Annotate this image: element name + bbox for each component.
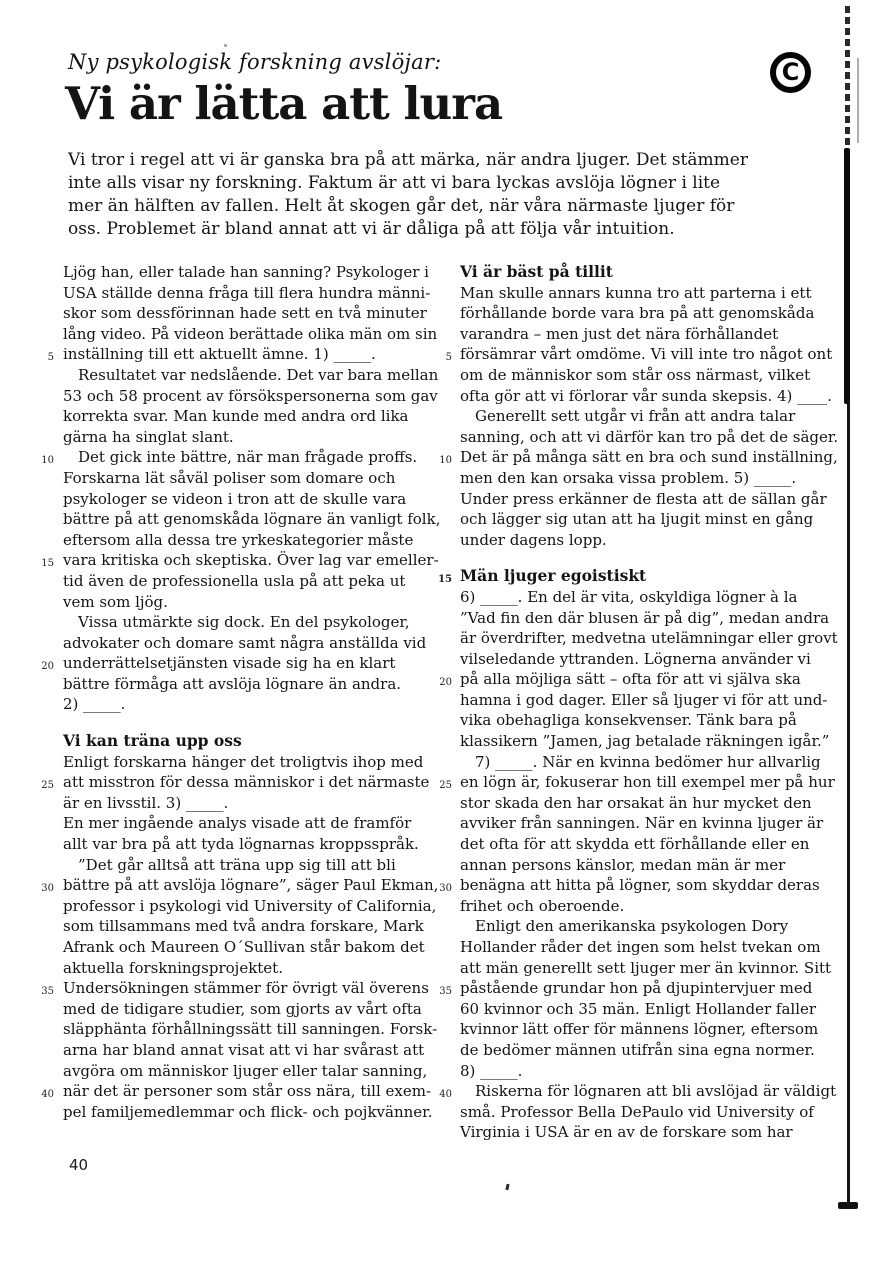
line-text: att misstron för dessa människor i det n… [63,772,429,793]
text-line: Generellt sett utgår vi från att andra t… [432,406,856,427]
line-text: stor skada den har orsakat än hur mycket… [460,793,812,814]
lead-line: mer än hälften av fallen. Helt åt skogen… [68,195,748,218]
scan-artifact-speck [505,1184,509,1190]
line-text: under dagens lopp. [460,530,607,551]
text-line: Ljög han, eller talade han sanning? Psyk… [30,262,442,283]
section-c-label: C [782,60,800,84]
line-text: Vi är bäst på tillit [460,262,613,283]
line-text: vika obehagliga konsekvenser. Tänk bara … [460,710,797,731]
text-line: vika obehagliga konsekvenser. Tänk bara … [432,710,856,731]
line-text: benägna att hitta på lögner, som skyddar… [460,875,820,896]
line-text: 60 kvinnor och 35 män. Enligt Hollander … [460,999,816,1020]
line-text: aktuella forskningsprojektet. [63,958,283,979]
text-line: Hollander råder det ingen som helst tvek… [432,937,856,958]
line-text: vilseledande yttranden. Lögnerna använde… [460,649,811,670]
text-line: 2) _____. [30,694,442,715]
text-line: under dagens lopp. [432,530,856,551]
line-text: USA ställde denna fråga till flera hundr… [63,283,430,304]
line-text: avgöra om människor ljuger eller talar s… [63,1061,427,1082]
line-text: Afrank och Maureen O´Sullivan står bakom… [63,937,425,958]
line-text: ”Vad fin den där blusen är på dig”, meda… [460,608,829,629]
subheading-line: 15Män ljuger egoistiskt [432,566,856,587]
text-line: annan persons känslor, medan män är mer [432,855,856,876]
text-line: ”Vad fin den där blusen är på dig”, meda… [432,608,856,629]
line-text: varandra – men just det nära förhållande… [460,324,778,345]
line-text: Hollander råder det ingen som helst tvek… [460,937,821,958]
line-text: när det är personer som står oss nära, t… [63,1081,431,1102]
line-text: bättre på att avslöja lögnare”, säger Pa… [63,875,438,896]
text-line: 10Det gick inte bättre, när man frågade … [30,447,442,468]
line-text: Män ljuger egoistiskt [460,566,646,587]
text-line: 40Riskerna för lögnaren att bli avslöjad… [432,1081,856,1102]
section-c-badge: C [770,52,811,93]
line-text: Undersökningen stämmer för övrigt väl öv… [63,978,429,999]
line-text: En mer ingående analys visade att de fra… [63,813,411,834]
line-text: avviker från sanningen. När en kvinna lj… [460,813,823,834]
article-kicker: Ny psykologisk forskning avslöjar: [68,50,441,74]
line-text: Ljög han, eller talade han sanning? Psyk… [63,262,429,283]
line-text: ofta gör att vi förlorar vår sunda skeps… [460,386,832,407]
text-line: professor i psykologi vid University of … [30,896,442,917]
line-text: skor som dessförinnan hade sett en två m… [63,303,427,324]
scanned-document-page: Ny psykologisk forskning avslöjar: Vi är… [0,0,893,1263]
line-text: vem som ljög. [63,592,168,613]
line-text: advokater och domare samt några anställd… [63,633,426,654]
line-text: inställning till ett aktuellt ämne. 1) _… [63,344,376,365]
line-text: allt var bra på att tyda lögnarnas kropp… [63,834,419,855]
line-text: tid även de professionella usla på att p… [63,571,405,592]
scan-artifact-dot [224,44,227,47]
text-line: 60 kvinnor och 35 män. Enligt Hollander … [432,999,856,1020]
line-text: lång video. På videon berättade olika mä… [63,324,437,345]
line-text: de bedömer männen utifrån sina egna norm… [460,1040,815,1061]
line-text: pel familjemedlemmar och flick- och pojk… [63,1102,432,1123]
line-text: bättre på att genomskåda lögnare än vanl… [63,509,440,530]
text-line: 25att misstron för dessa människor i det… [30,772,442,793]
text-line: det ofta för att skydda ett förhållande … [432,834,856,855]
text-line: avviker från sanningen. När en kvinna lj… [432,813,856,834]
line-text: hamna i god dager. Eller så ljuger vi fö… [460,690,827,711]
text-line: pel familjemedlemmar och flick- och pojk… [30,1102,442,1123]
line-text: att män generellt sett ljuger mer än kvi… [460,958,831,979]
line-text: Forskarna lät såväl poliser som domare o… [63,468,395,489]
line-text: försämrar vårt omdöme. Vi vill inte tro … [460,344,832,365]
lead-line: Vi tror i regel att vi är ganska bra på … [68,149,748,172]
article-title: Vi är lätta att lura [65,80,502,127]
text-line: om de människor som står oss närmast, vi… [432,365,856,386]
line-text: sanning, och att vi därför kan tro på de… [460,427,838,448]
text-line: 20på alla möjliga sätt – ofta för att vi… [432,669,856,690]
text-line: bättre på att genomskåda lögnare än vanl… [30,509,442,530]
line-text: arna har bland annat visat att vi har sv… [63,1040,424,1061]
line-text: och lägger sig utan att ha ljugit minst … [460,509,813,530]
text-line: är en livsstil. 3) _____. [30,793,442,814]
text-line: ”Det går alltså att träna upp sig till a… [30,855,442,876]
text-line: 20underrättelsetjänsten visade sig ha en… [30,653,442,674]
line-text: Under press erkänner de flesta att de sä… [460,489,827,510]
text-line: som tillsammans med två andra forskare, … [30,916,442,937]
line-text: 7) _____. När en kvinna bedömer hur allv… [460,752,821,773]
line-text: gärna ha singlat slant. [63,427,234,448]
left-text-column: Ljög han, eller talade han sanning? Psyk… [30,262,442,1122]
line-text: Man skulle annars kunna tro att parterna… [460,283,811,304]
line-text: en lögn är, fokuserar hon till exempel m… [460,772,835,793]
line-text: ”Det går alltså att träna upp sig till a… [63,855,396,876]
text-line: eftersom alla dessa tre yrkeskategorier … [30,530,442,551]
text-line: avgöra om människor ljuger eller talar s… [30,1061,442,1082]
right-text-column: Vi är bäst på tillitMan skulle annars ku… [432,262,856,1143]
line-text: Riskerna för lögnaren att bli avslöjad ä… [460,1081,836,1102]
line-text: frihet och oberoende. [460,896,624,917]
scan-artifact-thick-band [844,148,850,404]
article-lead-paragraph: Vi tror i regel att vi är ganska bra på … [68,149,748,241]
text-line: 40när det är personer som står oss nära,… [30,1081,442,1102]
subheading-line: Vi kan träna upp oss [30,731,442,752]
text-line: och lägger sig utan att ha ljugit minst … [432,509,856,530]
line-text: på alla möjliga sätt – ofta för att vi s… [460,669,801,690]
text-line: varandra – men just det nära förhållande… [432,324,856,345]
text-line: Enligt forskarna hänger det troligtvis i… [30,752,442,773]
line-text: är en livsstil. 3) _____. [63,793,228,814]
text-line: 30benägna att hitta på lögner, som skydd… [432,875,856,896]
text-line: En mer ingående analys visade att de fra… [30,813,442,834]
text-line: korrekta svar. Man kunde med andra ord l… [30,406,442,427]
text-line: Resultatet var nedslående. Det var bara … [30,365,442,386]
line-text: men den kan orsaka vissa problem. 5) ___… [460,468,796,489]
line-text: förhållande borde vara bra på att genoms… [460,303,814,324]
text-line: 5försämrar vårt omdöme. Vi vill inte tro… [432,344,856,365]
text-line: men den kan orsaka vissa problem. 5) ___… [432,468,856,489]
line-text: psykologer se videon i tron att de skull… [63,489,406,510]
text-line: släpphänta förhållningssätt till sanning… [30,1019,442,1040]
text-line: USA ställde denna fråga till flera hundr… [30,283,442,304]
line-text: vara kritiska och skeptiska. Över lag va… [63,550,439,571]
lead-line: inte alls visar ny forskning. Faktum är … [68,172,748,195]
text-line: 10Det är på många sätt en bra och sund i… [432,447,856,468]
text-line: sanning, och att vi därför kan tro på de… [432,427,856,448]
text-line: Virginia i USA är en av de forskare som … [432,1122,856,1143]
line-text: 53 och 58 procent av försökspersonerna s… [63,386,438,407]
text-line: 53 och 58 procent av försökspersonerna s… [30,386,442,407]
page-number: 40 [69,1156,88,1174]
text-line: Enligt den amerikanska psykologen Dory [432,916,856,937]
line-text: eftersom alla dessa tre yrkeskategorier … [63,530,413,551]
text-line: vem som ljög. [30,592,442,613]
text-line: att män generellt sett ljuger mer än kvi… [432,958,856,979]
line-text: Resultatet var nedslående. Det var bara … [63,365,438,386]
line-text: underrättelsetjänsten visade sig ha en k… [63,653,395,674]
text-line: aktuella forskningsprojektet. [30,958,442,979]
text-line: är överdrifter, medvetna utelämningar el… [432,628,856,649]
text-line: 35påstående grundar hon på djupintervjue… [432,978,856,999]
line-text: Det gick inte bättre, när man frågade pr… [63,447,417,468]
line-text: det ofta för att skydda ett förhållande … [460,834,809,855]
line-text: klassikern ”Jamen, jag betalade räkninge… [460,731,829,752]
line-text: 2) _____. [63,694,125,715]
text-line: 25en lögn är, fokuserar hon till exempel… [432,772,856,793]
line-text: Generellt sett utgår vi från att andra t… [460,406,795,427]
line-text: korrekta svar. Man kunde med andra ord l… [63,406,408,427]
lead-line: oss. Problemet är bland annat att vi är … [68,218,748,241]
line-text: 8) _____. [460,1061,522,1082]
text-line: gärna ha singlat slant. [30,427,442,448]
text-line: klassikern ”Jamen, jag betalade räkninge… [432,731,856,752]
text-line: allt var bra på att tyda lögnarnas kropp… [30,834,442,855]
text-line: förhållande borde vara bra på att genoms… [432,303,856,324]
text-line: tid även de professionella usla på att p… [30,571,442,592]
line-text: små. Professor Bella DePaulo vid Univers… [460,1102,814,1123]
line-text: Enligt den amerikanska psykologen Dory [460,916,788,937]
text-line: frihet och oberoende. [432,896,856,917]
text-line: 30bättre på att avslöja lögnare”, säger … [30,875,442,896]
text-line: skor som dessförinnan hade sett en två m… [30,303,442,324]
text-line: kvinnor lätt offer för männens lögner, e… [432,1019,856,1040]
line-text: Det är på många sätt en bra och sund ins… [460,447,838,468]
text-line: 35Undersökningen stämmer för övrigt väl … [30,978,442,999]
text-line: psykologer se videon i tron att de skull… [30,489,442,510]
line-text: Vi kan träna upp oss [63,731,242,752]
line-text: bättre förmåga att avslöja lögnare än an… [63,674,401,695]
line-text: Enligt forskarna hänger det troligtvis i… [63,752,423,773]
line-text: är överdrifter, medvetna utelämningar el… [460,628,838,649]
line-text: Virginia i USA är en av de forskare som … [460,1122,793,1143]
line-text: Vissa utmärkte sig dock. En del psykolog… [63,612,410,633]
text-line: lång video. På videon berättade olika mä… [30,324,442,345]
text-line: Forskarna lät såväl poliser som domare o… [30,468,442,489]
scan-artifact-dashed-edge [845,6,850,148]
scan-artifact-vertical-line [847,400,850,1206]
line-text: med de tidigare studier, som gjorts av v… [63,999,422,1020]
text-line: 6) _____. En del är vita, oskyldiga lögn… [432,587,856,608]
text-line: hamna i god dager. Eller så ljuger vi fö… [432,690,856,711]
text-line: ofta gör att vi förlorar vår sunda skeps… [432,386,856,407]
text-line: bättre förmåga att avslöja lögnare än an… [30,674,442,695]
subheading-line: Vi är bäst på tillit [432,262,856,283]
text-line: Man skulle annars kunna tro att parterna… [432,283,856,304]
text-line: Afrank och Maureen O´Sullivan står bakom… [30,937,442,958]
line-text: professor i psykologi vid University of … [63,896,436,917]
scan-artifact-faint-line [857,58,859,143]
text-line: advokater och domare samt några anställd… [30,633,442,654]
line-text: annan persons känslor, medan män är mer [460,855,785,876]
line-text: släpphänta förhållningssätt till sanning… [63,1019,437,1040]
text-line: med de tidigare studier, som gjorts av v… [30,999,442,1020]
text-line: arna har bland annat visat att vi har sv… [30,1040,442,1061]
text-line: 7) _____. När en kvinna bedömer hur allv… [432,752,856,773]
text-line: små. Professor Bella DePaulo vid Univers… [432,1102,856,1123]
text-line: Vissa utmärkte sig dock. En del psykolog… [30,612,442,633]
line-text: påstående grundar hon på djupintervjuer … [460,978,812,999]
text-line: Under press erkänner de flesta att de sä… [432,489,856,510]
line-text: om de människor som står oss närmast, vi… [460,365,810,386]
text-line: 15vara kritiska och skeptiska. Över lag … [30,550,442,571]
text-line: 8) _____. [432,1061,856,1082]
scan-artifact-line-foot [838,1202,858,1209]
text-line: 5inställning till ett aktuellt ämne. 1) … [30,344,442,365]
text-line: de bedömer männen utifrån sina egna norm… [432,1040,856,1061]
line-text: kvinnor lätt offer för männens lögner, e… [460,1019,818,1040]
line-text: 6) _____. En del är vita, oskyldiga lögn… [460,587,797,608]
text-line: vilseledande yttranden. Lögnerna använde… [432,649,856,670]
line-text: som tillsammans med två andra forskare, … [63,916,424,937]
text-line: stor skada den har orsakat än hur mycket… [432,793,856,814]
